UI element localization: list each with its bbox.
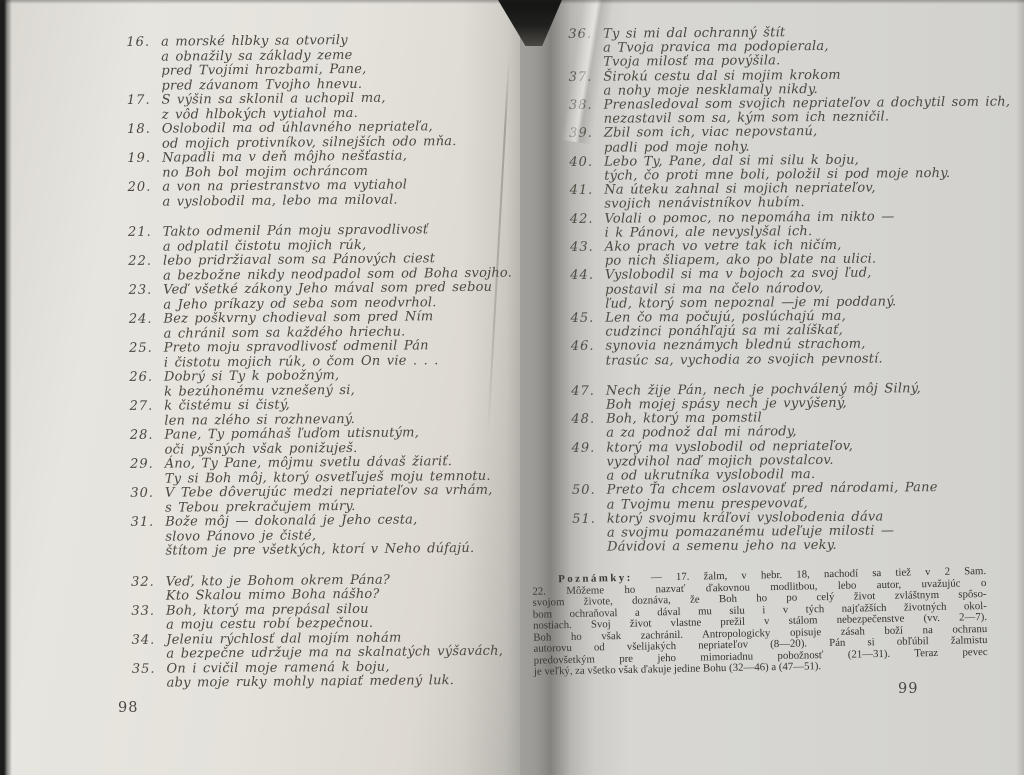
- verse-number: 49.: [565, 441, 595, 455]
- verse-text: Lebo Ty, Pane, dal si mi silu k boju,týc…: [604, 153, 950, 184]
- verse-number: 35.: [125, 662, 155, 677]
- verse-text: Pane, Ty pomáhaš ľuďom utisnutým,oči pyš…: [164, 426, 419, 457]
- verse-number: 31.: [124, 516, 154, 531]
- verse-number: 29.: [124, 458, 154, 473]
- verse-number: 23.: [122, 284, 152, 299]
- verse-text: Veď, kto je Bohom okrem Pána?Kto Skalou …: [166, 573, 391, 604]
- verse-text: Volali o pomoc, no nepomáha im nikto —i …: [604, 210, 894, 241]
- verse-text: a morské hlbky sa otvorilya obnažily sa …: [161, 34, 367, 94]
- verse-number: 51.: [566, 512, 596, 526]
- verse-number: 24.: [122, 313, 152, 328]
- verse-text: Vyslobodil si ma v bojoch za svoj ľud,po…: [605, 267, 896, 312]
- verse-number: 27.: [123, 400, 153, 415]
- verse-23: 23.Veď všetké zákony Jeho mával som pred…: [122, 281, 514, 313]
- verse-text: ktorý svojmu kráľovi vyslobodenia dávaa …: [607, 510, 895, 555]
- verse-34: 34.Jeleniu rýchlosť dal mojím noháma bez…: [125, 630, 517, 662]
- verse-line: a vyslobodil ma, lebo ma miloval.: [162, 193, 407, 210]
- verse-44: 44.Vyslobodil si ma v bojoch za svoj ľud…: [564, 266, 1016, 312]
- verse-group: 16.a morské hlbky sa otvorilya obnažily …: [120, 33, 514, 210]
- verse-42: 42.Volali o pomoc, no nepomáha im nikto …: [563, 209, 1015, 241]
- verse-number: 21.: [122, 226, 152, 241]
- verse-number: 34.: [125, 633, 155, 648]
- verse-text: Áno, Ty Pane, môjmu svetlu dávaš žiariť.…: [165, 455, 491, 487]
- verse-number: 20.: [121, 181, 151, 196]
- verse-text: Preto moju spravodlivosť odmenil Páni či…: [164, 339, 439, 370]
- verse-number: 25.: [123, 342, 153, 357]
- verse-number: 28.: [123, 429, 153, 444]
- verse-text: S výšin sa sklonil a uchopil ma,z vôd hl…: [162, 92, 386, 123]
- verse-30: 30.V Tebe dôverujúc medzi nepriateľov sa…: [124, 484, 516, 516]
- verse-24: 24.Bez poškvrny chodieval som pred Níma …: [122, 310, 514, 342]
- verse-number: 42.: [563, 212, 593, 226]
- verse-33: 33.Boh, ktorý ma prepásal siloua moju ce…: [125, 601, 517, 633]
- verse-number: 19.: [121, 152, 151, 167]
- verse-32: 32.Veď, kto je Bohom okrem Pána?Kto Skal…: [125, 572, 517, 604]
- verse-45: 45.Len čo ma počujú, poslúchajú ma,cudzi…: [564, 309, 1016, 341]
- verse-26: 26.Dobrý si Ty k pobožným,k bezúhonému v…: [123, 368, 515, 400]
- verse-number: 41.: [563, 184, 593, 198]
- verse-text: Jeleniu rýchlosť dal mojím noháma bezpeč…: [166, 630, 503, 662]
- verse-number: 22.: [122, 255, 152, 270]
- verse-46: 46.synovia neznámych blednú strachom,tra…: [564, 337, 1016, 369]
- verse-text: Takto odmenil Pán moju spravodlivosťa od…: [163, 223, 429, 254]
- verse-text: V Tebe dôverujúc medzi nepriateľov sa vr…: [165, 484, 493, 516]
- verse-number: 18.: [121, 123, 151, 138]
- verse-line: trasúc sa, vychodia zo svojich pevností.: [606, 352, 883, 368]
- scan-right-edge: [1016, 0, 1024, 775]
- verse-text: Bože môj — dokonalá je Jeho cesta,slovo …: [165, 513, 474, 559]
- verse-number: 44.: [564, 269, 594, 283]
- verse-39: 39.Zbil som ich, viac nepovstanú,padli p…: [563, 124, 1015, 156]
- verse-text: Oslobodil ma od úhlavného nepriateľa,od …: [162, 120, 457, 152]
- verse-text: Len čo ma počujú, poslúchajú ma,cudzinci…: [605, 310, 846, 340]
- verse-text: On i cvičil moje ramená k boju,aby moje …: [166, 660, 454, 692]
- verse-48: 48.Boh, ktorý ma pomstila za podnož dal …: [565, 410, 1017, 442]
- verse-50: 50.Preto Ťa chcem oslavovať pred národam…: [566, 481, 1018, 513]
- verse-36: 36.Ty si mi dal ochranný štíta Tvoja pra…: [562, 24, 1014, 70]
- verse-51: 51.ktorý svojmu kráľovi vyslobodenia dáv…: [566, 509, 1018, 555]
- verse-number: 45.: [564, 312, 594, 326]
- verse-27: 27.k čistému si čistý,len na zlého si ro…: [123, 397, 515, 429]
- verse-text: ktorý ma vyslobodil od nepriateľov,vyzdv…: [606, 439, 853, 484]
- verse-number: 17.: [121, 94, 151, 109]
- verse-35: 35.On i cvičil moje ramená k boju,aby mo…: [125, 659, 517, 691]
- right-page-number: 99: [898, 681, 918, 697]
- verse-text: Na úteku zahnal si mojich nepriateľov,sv…: [604, 182, 876, 213]
- verse-number: 40.: [563, 156, 593, 170]
- verse-text: synovia neznámych blednú strachom,trasúc…: [605, 338, 882, 369]
- right-page-verses: 36.Ty si mi dal ochranný štíta Tvoja pra…: [562, 24, 1018, 571]
- verse-number: 48.: [565, 413, 595, 427]
- verse-line: Boh mojej spásy nech je vyvýšený,: [606, 396, 921, 413]
- verse-text: Prenasledoval som svojich nepriateľov a …: [604, 95, 1011, 127]
- right-page: 36.Ty si mi dal ochranný štíta Tvoja pra…: [520, 0, 1024, 775]
- verse-18: 18.Oslobodil ma od úhlavného nepriateľa,…: [121, 120, 513, 152]
- verse-number: 16.: [120, 36, 150, 51]
- verse-number: 37.: [562, 70, 592, 84]
- notes-section: Poznámky: — 17. žalm, v hebr. 18, nachod…: [532, 566, 988, 678]
- verse-line: štítom je pre všetkých, ktorí v Neho dúf…: [165, 542, 474, 559]
- left-page: 16.a morské hlbky sa otvorilya obnažily …: [0, 0, 520, 775]
- verse-text: Dobrý si Ty k pobožným,k bezúhonému vzne…: [164, 369, 355, 400]
- left-page-verses: 16.a morské hlbky sa otvorilya obnažily …: [120, 33, 518, 708]
- scan-left-edge: [0, 0, 12, 775]
- verse-number: 47.: [565, 385, 595, 399]
- verse-31: 31.Bože môj — dokonalá je Jeho cesta,slo…: [124, 513, 516, 560]
- verse-group: 21.Takto odmenil Pán moju spravodlivosťa…: [122, 223, 517, 560]
- verse-line: aby moje ruky mohly napiať medený luk.: [167, 674, 455, 691]
- verse-text: lebo pridržiaval som sa Pánových ciesta …: [163, 252, 512, 284]
- verse-number: 33.: [125, 604, 155, 619]
- verse-text: Preto Ťa chcem oslavovať pred národami, …: [607, 481, 938, 512]
- verse-43: 43.Ako prach vo vetre tak ich ničím,po n…: [564, 237, 1016, 269]
- verse-line: Dávidovi a semenu jeho na veky.: [607, 539, 894, 555]
- verse-16: 16.a morské hlbky sa otvorilya obnažily …: [120, 33, 512, 94]
- verse-text: a von na priestranstvo ma vytiahola vysl…: [162, 179, 407, 210]
- verse-21: 21.Takto odmenil Pán moju spravodlivosťa…: [122, 223, 514, 255]
- verse-number: 50.: [566, 484, 596, 498]
- verse-text: Bez poškvrny chodieval som pred Níma chr…: [163, 310, 433, 341]
- verse-group: 32.Veď, kto je Bohom okrem Pána?Kto Skal…: [125, 572, 518, 691]
- verse-number: 30.: [124, 487, 154, 502]
- verse-text: Ty si mi dal ochranný štíta Tvoja pravic…: [603, 26, 829, 70]
- verse-group: 47.Nech žije Pán, nech je pochválený môj…: [565, 381, 1018, 555]
- verse-number: 39.: [563, 127, 593, 141]
- verse-17: 17.S výšin sa sklonil a uchopil ma,z vôd…: [121, 91, 513, 123]
- verse-20: 20.a von na priestranstvo ma vytiahola v…: [121, 178, 513, 210]
- verse-41: 41.Na úteku zahnal si mojich nepriateľov…: [563, 181, 1015, 213]
- verse-text: Napadli ma v deň môjho nešťastia,no Boh …: [162, 150, 407, 181]
- verse-number: 36.: [562, 28, 592, 42]
- verse-text: Boh, ktorý ma pomstila za podnož dal mi …: [606, 411, 797, 441]
- verse-49: 49.ktorý ma vyslobodil od nepriateľov,vy…: [565, 438, 1017, 484]
- verse-text: Ako prach vo vetre tak ich ničím,po nich…: [605, 239, 877, 270]
- verse-number: 43.: [564, 241, 594, 255]
- verse-number: 26.: [123, 371, 153, 386]
- verse-28: 28.Pane, Ty pomáhaš ľuďom utisnutým,oči …: [123, 426, 515, 458]
- verse-number: 38.: [563, 99, 593, 113]
- verse-19: 19.Napadli ma v deň môjho nešťastia,no B…: [121, 149, 513, 181]
- verse-40: 40.Lebo Ty, Pane, dal si mi silu k boju,…: [563, 152, 1015, 184]
- verse-group: 36.Ty si mi dal ochranný štíta Tvoja pra…: [562, 24, 1017, 368]
- book-spread: 16.a morské hlbky sa otvorilya obnažily …: [0, 0, 1024, 775]
- verse-number: 46.: [564, 340, 594, 354]
- verse-text: Veď všetké zákony Jeho mával som pred se…: [163, 281, 492, 313]
- verse-text: Boh, ktorý ma prepásal siloua moju cestu…: [166, 602, 373, 633]
- verse-text: Zbil som ich, viac nepovstanú,padli pod …: [604, 125, 818, 155]
- verse-number: 32.: [125, 575, 155, 590]
- verse-text: k čistému si čistý,len na zlého si rozhn…: [164, 398, 355, 429]
- verse-38: 38.Prenasledoval som svojich nepriateľov…: [563, 95, 1015, 127]
- scan-top-edge: [0, 0, 1024, 4]
- verse-47: 47.Nech žije Pán, nech je pochválený môj…: [565, 381, 1017, 413]
- verse-text: Nech žije Pán, nech je pochválený môj Si…: [606, 382, 921, 413]
- verse-text: Širokú cestu dal si mojim krokoma nohy m…: [603, 68, 841, 98]
- left-page-number: 98: [118, 700, 138, 716]
- verse-25: 25.Preto moju spravodlivosť odmenil Páni…: [123, 339, 515, 371]
